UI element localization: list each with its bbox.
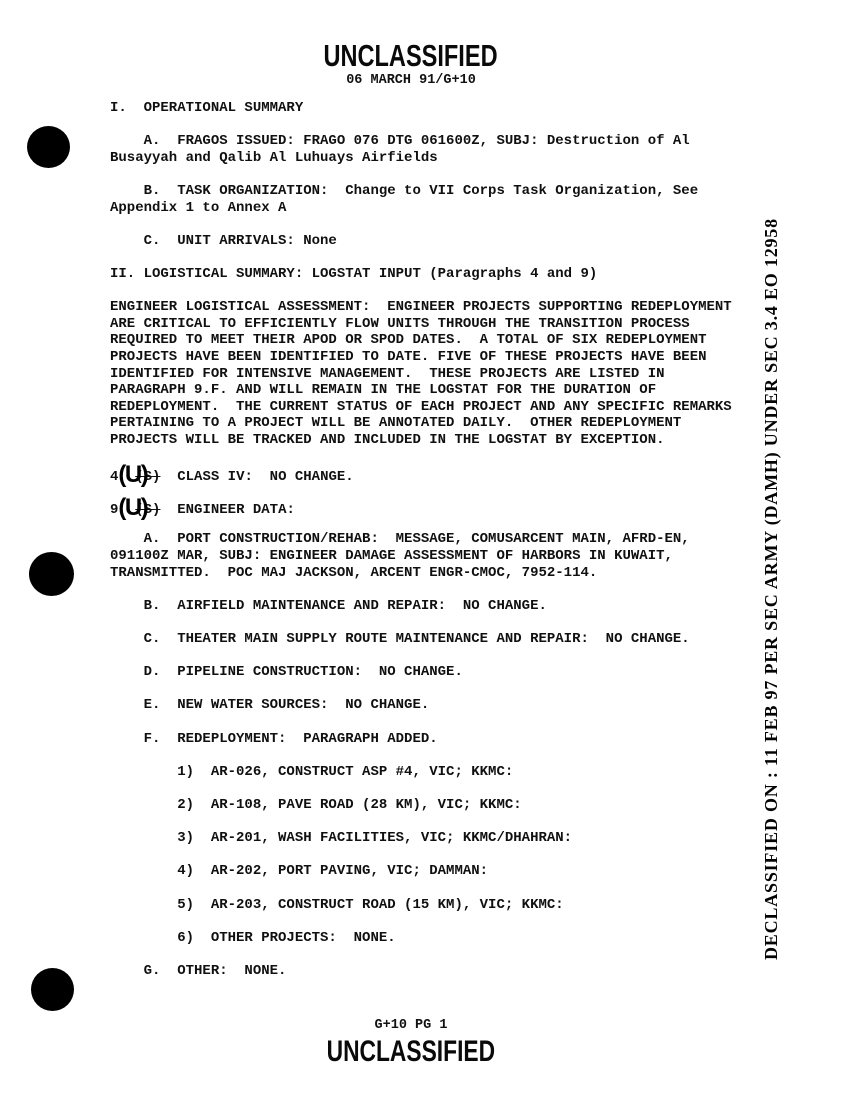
classification-banner-bottom: UNCLASSIFIED <box>327 1037 495 1067</box>
list-item-ar-108: 2) AR-108, PAVE ROAD (28 KM), VIC; KKMC: <box>110 797 750 814</box>
document-body: I. OPERATIONAL SUMMARY A. FRAGOS ISSUED:… <box>110 100 750 996</box>
paragraph-text: CLASS IV: NO CHANGE. <box>160 469 353 485</box>
handwritten-unclassified-mark: (U) <box>118 494 147 521</box>
paragraph-pipeline-construction: D. PIPELINE CONSTRUCTION: NO CHANGE. <box>110 664 750 681</box>
page-number-line: G+10 PG 1 <box>110 1018 712 1034</box>
paragraph-airfield-maintenance: B. AIRFIELD MAINTENANCE AND REPAIR: NO C… <box>110 598 750 615</box>
list-item-ar-026: 1) AR-026, CONSTRUCT ASP #4, VIC; KKMC: <box>110 764 750 781</box>
paragraph-logistical-summary-heading: II. LOGISTICAL SUMMARY: LOGSTAT INPUT (P… <box>110 266 750 283</box>
paragraph-theater-msr: C. THEATER MAIN SUPPLY ROUTE MAINTENANCE… <box>110 631 750 648</box>
paragraph-unit-arrivals: C. UNIT ARRIVALS: None <box>110 233 750 250</box>
document-page: UNCLASSIFIED 06 MARCH 91/G+10 I. OPERATI… <box>0 0 850 1110</box>
list-item-other-projects: 6) OTHER PROJECTS: NONE. <box>110 930 750 947</box>
paragraph-new-water-sources: E. NEW WATER SOURCES: NO CHANGE. <box>110 697 750 714</box>
paragraph-redeployment: F. REDEPLOYMENT: PARAGRAPH ADDED. <box>110 731 750 748</box>
hole-punch <box>31 968 74 1011</box>
paragraph-port-construction: A. PORT CONSTRUCTION/REHAB: MESSAGE, COM… <box>110 531 750 581</box>
paragraph-fragos-issued: A. FRAGOS ISSUED: FRAGO 076 DTG 061600Z,… <box>110 133 750 166</box>
hole-punch <box>29 552 74 596</box>
date-line: 06 MARCH 91/G+10 <box>110 73 712 89</box>
handwritten-unclassified-mark: (U) <box>118 461 147 488</box>
paragraph-task-organization: B. TASK ORGANIZATION: Change to VII Corp… <box>110 183 750 216</box>
document-footer: G+10 PG 1 UNCLASSIFIED <box>110 1018 712 1067</box>
document-header: UNCLASSIFIED 06 MARCH 91/G+10 <box>110 40 712 89</box>
classification-banner-top: UNCLASSIFIED <box>324 40 498 71</box>
paragraph-engineer-logistical-assessment: ENGINEER LOGISTICAL ASSESSMENT: ENGINEER… <box>110 299 750 448</box>
paragraph-engineer-data: 9(U)(S) ENGINEER DATA: <box>110 498 750 515</box>
hole-punch <box>27 126 70 168</box>
declassification-stamp: DECLASSIFIED ON : 11 FEB 97 PER SEC ARMY… <box>751 264 791 960</box>
list-item-ar-203: 5) AR-203, CONSTRUCT ROAD (15 KM), VIC; … <box>110 897 750 914</box>
paragraph-other: G. OTHER: NONE. <box>110 963 750 980</box>
paragraph-class-iv: 4(U)(S) CLASS IV: NO CHANGE. <box>110 465 750 482</box>
paragraph-operational-summary-heading: I. OPERATIONAL SUMMARY <box>110 100 750 117</box>
list-item-ar-202: 4) AR-202, PORT PAVING, VIC; DAMMAN: <box>110 863 750 880</box>
list-item-ar-201: 3) AR-201, WASH FACILITIES, VIC; KKMC/DH… <box>110 830 750 847</box>
paragraph-text: ENGINEER DATA: <box>160 502 294 518</box>
